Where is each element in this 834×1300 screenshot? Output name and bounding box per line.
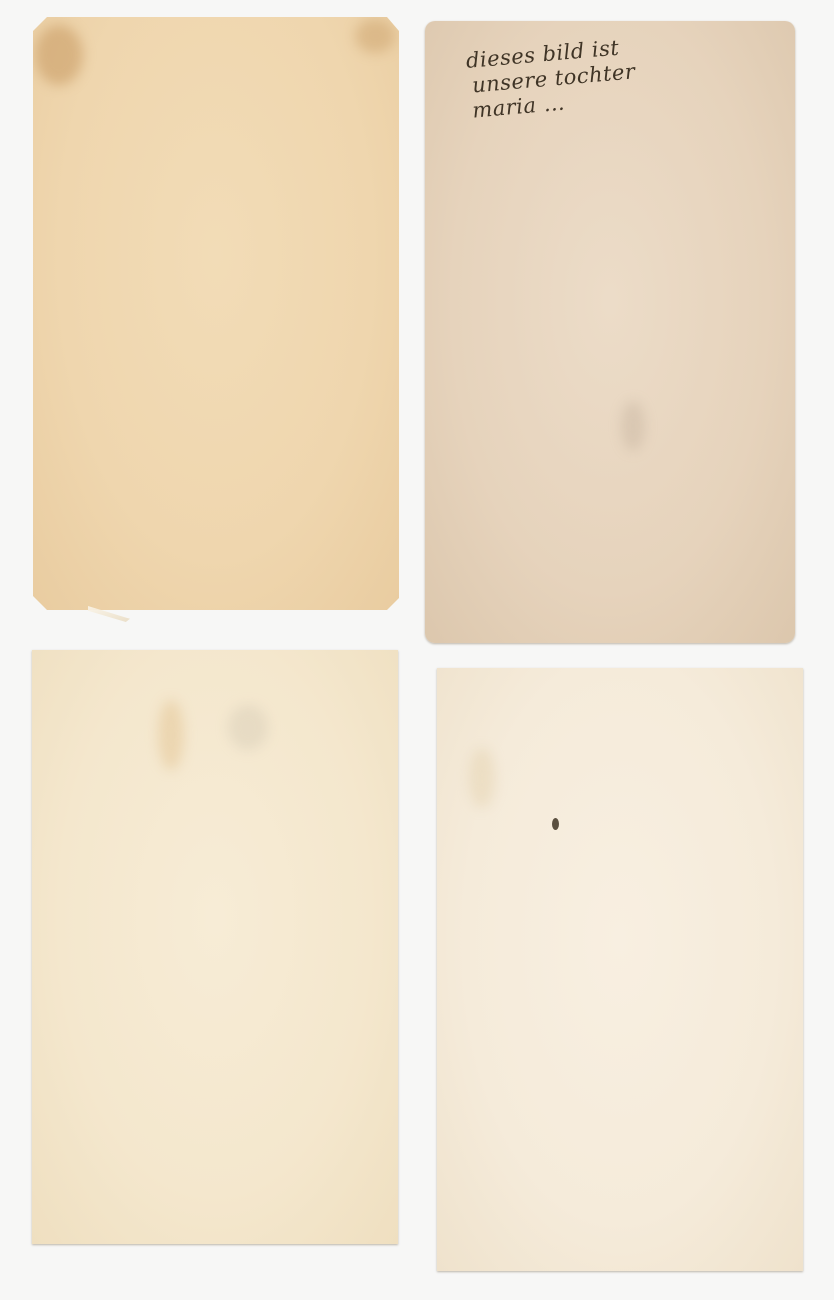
foxing-stain (228, 705, 268, 750)
card-back-top-left (33, 17, 399, 610)
scuff-mark (621, 401, 645, 451)
handwritten-inscription: dieses bild ist unsere tochter maria … (465, 34, 639, 123)
fingerprint-stain (35, 25, 83, 85)
fingerprint-stain (355, 19, 395, 53)
card-back-bottom-left (32, 650, 398, 1244)
pin-hole (552, 818, 559, 830)
card-back-bottom-right (437, 668, 803, 1271)
foxing-stain (469, 748, 495, 808)
card-back-top-right: dieses bild ist unsere tochter maria … (425, 21, 795, 643)
foxing-stain (158, 700, 184, 770)
